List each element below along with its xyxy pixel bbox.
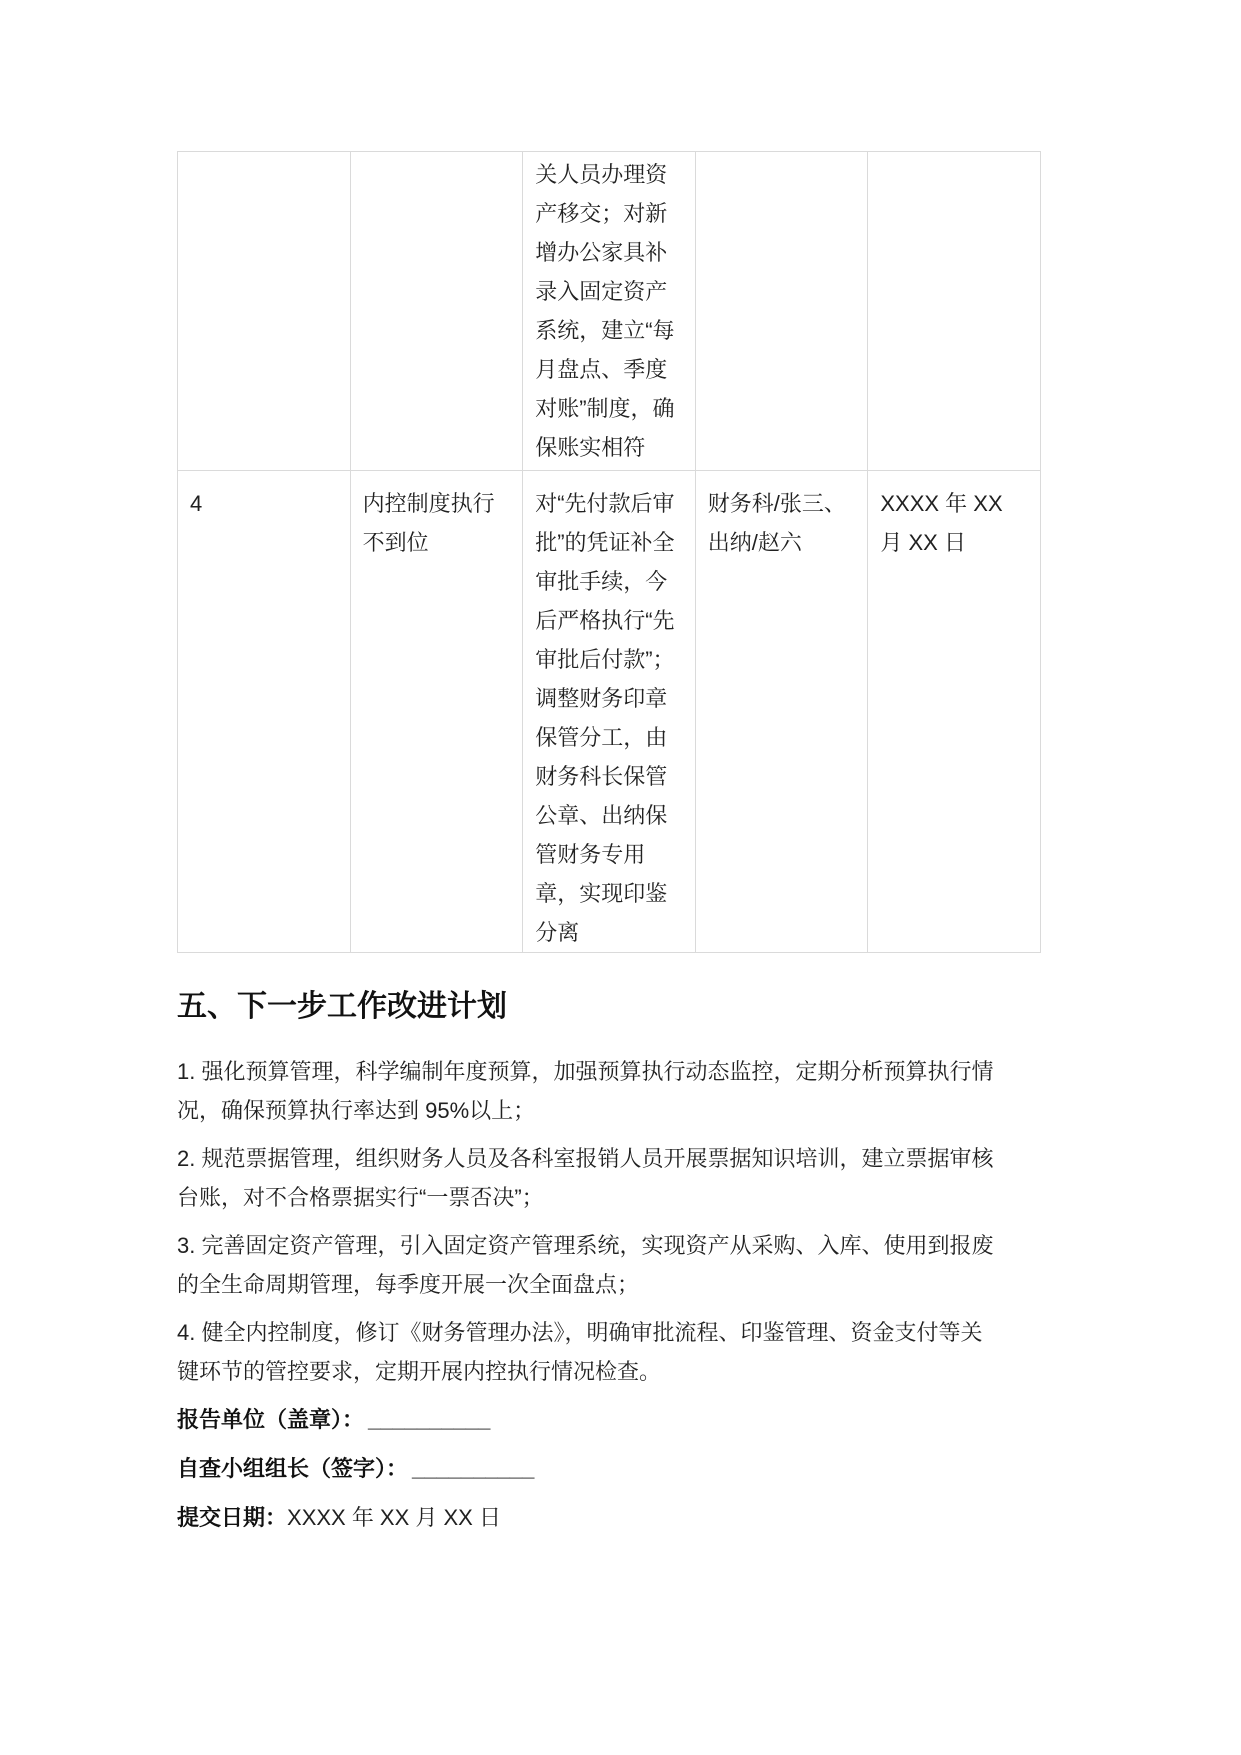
table-row-4: 4 内控制度执行 不到位 对“先付款后审 批”的凭证补全 审批手续，今 后严格执… bbox=[178, 471, 1041, 953]
cell-seq: 4 bbox=[178, 471, 351, 953]
cell-owner: 财务科/张三、 出纳/赵六 bbox=[695, 471, 868, 953]
report-unit-blank: __________ bbox=[368, 1407, 490, 1432]
report-unit-label: 报告单位（盖章）： bbox=[177, 1407, 364, 1432]
cell-measures: 关人员办理资 产移交；对新 增办公家具补 录入固定资产 系统，建立“每 月盘点、… bbox=[523, 152, 696, 471]
leader-label: 自查小组组长（签字）： bbox=[177, 1456, 408, 1481]
signature-line-date: 提交日期：XXXX 年 XX 月 XX 日 bbox=[177, 1498, 1040, 1537]
cell-deadline bbox=[868, 152, 1041, 471]
section-heading-improvement-plan: 五、下一步工作改进计划 bbox=[177, 985, 1040, 1029]
rectification-table: 关人员办理资 产移交；对新 增办公家具补 录入固定资产 系统，建立“每 月盘点、… bbox=[177, 151, 1041, 953]
table-row-continuation: 关人员办理资 产移交；对新 增办公家具补 录入固定资产 系统，建立“每 月盘点、… bbox=[178, 152, 1041, 471]
cell-issue bbox=[350, 152, 523, 471]
improvement-item-1: 1. 强化预算管理，科学编制年度预算，加强预算执行动态监控，定期分析预算执行情 … bbox=[177, 1052, 1040, 1130]
cell-measures: 对“先付款后审 批”的凭证补全 审批手续，今 后严格执行“先 审批后付款”； 调… bbox=[523, 471, 696, 953]
submit-date-value: XXXX 年 XX 月 XX 日 bbox=[287, 1505, 501, 1530]
improvement-item-2: 2. 规范票据管理，组织财务人员及各科室报销人员开展票据知识培训，建立票据审核 … bbox=[177, 1139, 1040, 1217]
improvement-item-3: 3. 完善固定资产管理，引入固定资产管理系统，实现资产从采购、入库、使用到报废 … bbox=[177, 1226, 1040, 1304]
cell-issue: 内控制度执行 不到位 bbox=[350, 471, 523, 953]
signature-line-report-unit: 报告单位（盖章）：__________ bbox=[177, 1400, 1040, 1439]
cell-owner bbox=[695, 152, 868, 471]
leader-blank: __________ bbox=[412, 1456, 534, 1481]
signature-line-leader: 自查小组组长（签字）：__________ bbox=[177, 1449, 1040, 1488]
cell-seq bbox=[178, 152, 351, 471]
improvement-item-4: 4. 健全内控制度，修订《财务管理办法》，明确审批流程、印鉴管理、资金支付等关 … bbox=[177, 1313, 1040, 1391]
document-page: 关人员办理资 产移交；对新 增办公家具补 录入固定资产 系统，建立“每 月盘点、… bbox=[177, 0, 1040, 1547]
submit-date-label: 提交日期： bbox=[177, 1505, 287, 1530]
cell-deadline: XXXX 年 XX 月 XX 日 bbox=[868, 471, 1041, 953]
